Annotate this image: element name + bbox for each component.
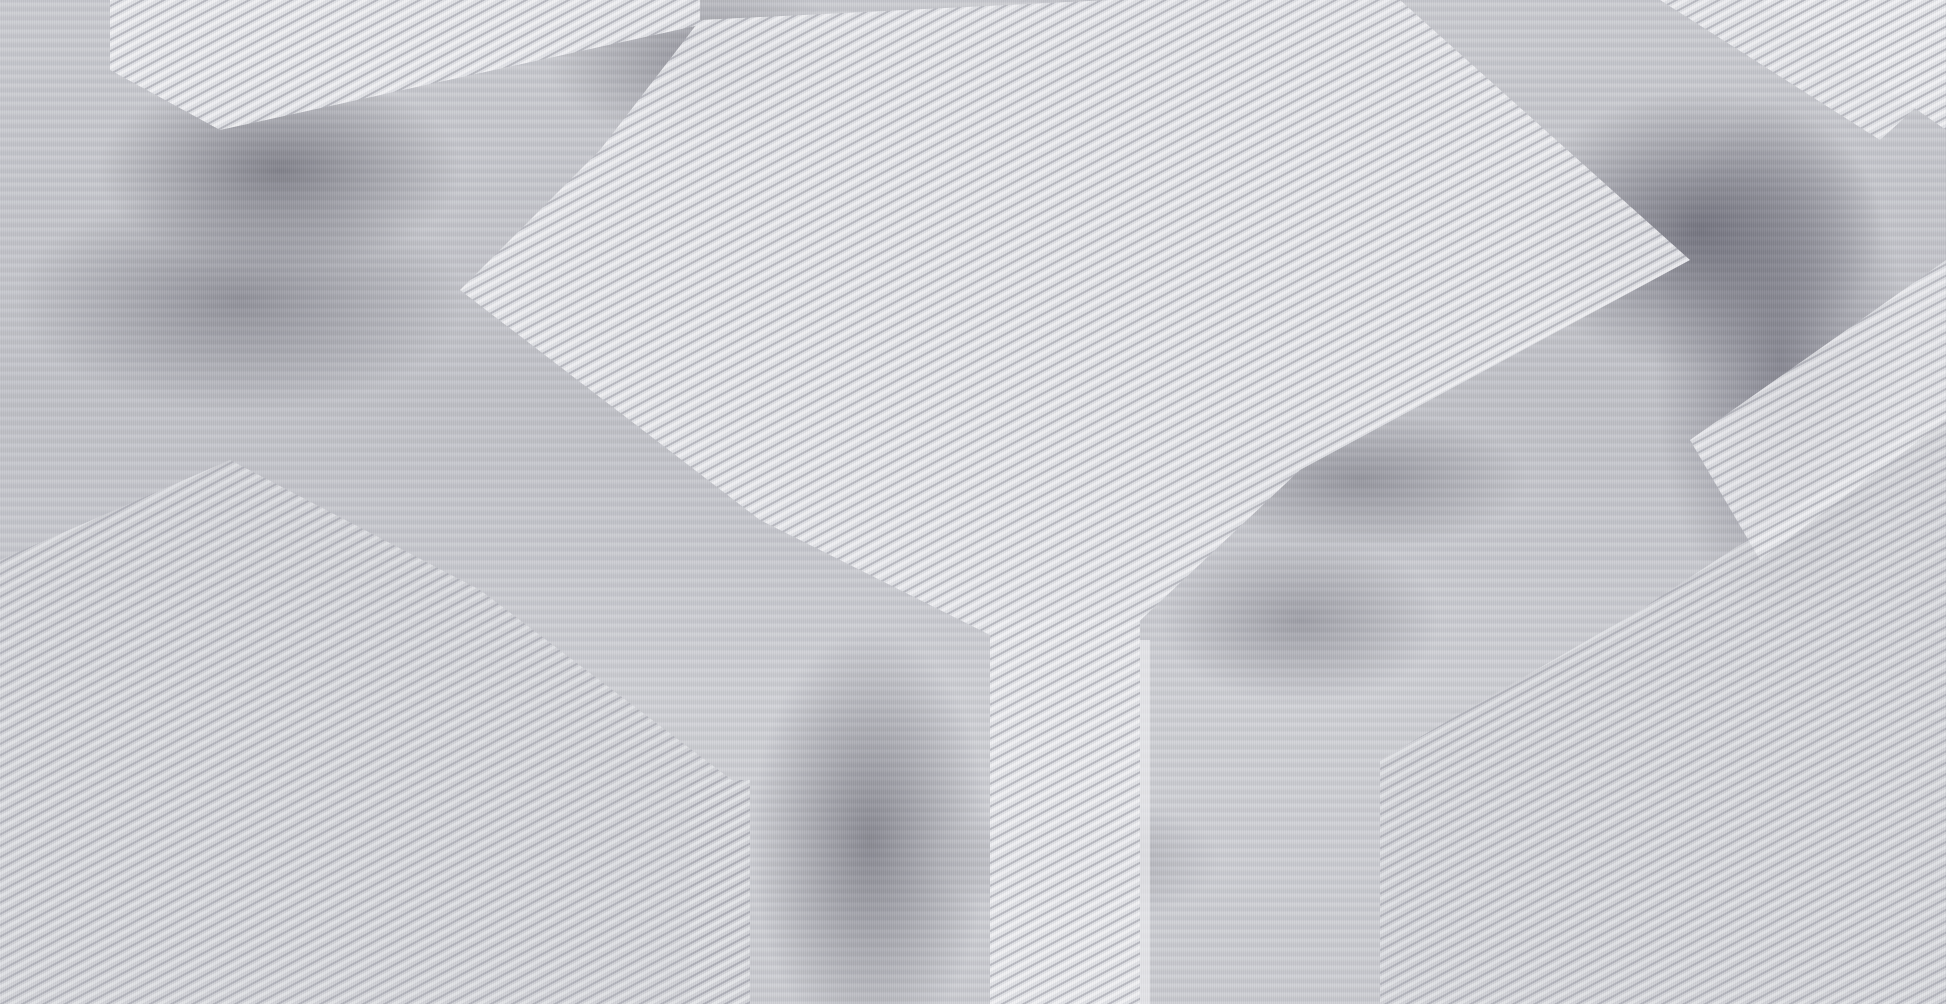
twill-motif-layer xyxy=(0,0,1946,1004)
textile-photo xyxy=(0,0,1946,1004)
twill-chevron-bottom-right xyxy=(1380,410,1946,1004)
twill-stripe-left xyxy=(990,620,1140,1004)
twill-chevron-bottom-left xyxy=(0,460,745,1004)
twill-band-top-left xyxy=(110,0,700,130)
twill-diamond-center xyxy=(460,0,1690,640)
twill-stripe-edge xyxy=(1140,640,1150,1004)
